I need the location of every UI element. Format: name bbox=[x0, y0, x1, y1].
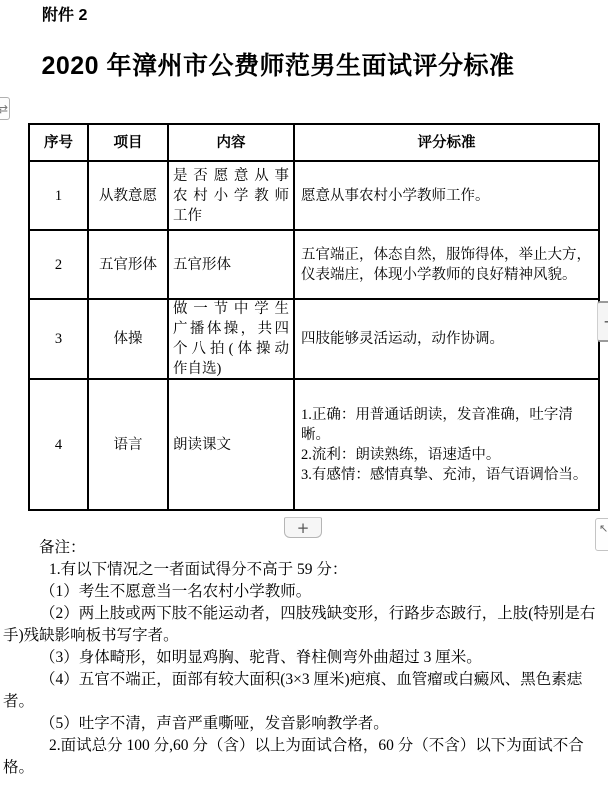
note-1-1: （1）考生不愿意当一名农村小学教师。 bbox=[3, 581, 602, 603]
move-arrows-icon: ⇄ bbox=[0, 102, 8, 116]
page-title: 2020 年漳州市公费师范男生面试评分标准 bbox=[0, 50, 556, 82]
cell-no-3: 3 bbox=[30, 300, 89, 380]
cell-no-4: 4 bbox=[30, 380, 89, 509]
plus-icon: + bbox=[603, 312, 608, 331]
note-1-5: （5）吐字不清，声音严重嘶哑，发音影响教学者。 bbox=[3, 713, 602, 735]
note-1: 1.有以下情况之一者面试得分不高于 59 分： bbox=[3, 559, 602, 581]
note-2: 2.面试总分 100 分,60 分（含）以上为面试合格，60 分（不含）以下为面… bbox=[3, 735, 602, 779]
cell-content-3: 做一节中学生广播体操，共四个八拍(体操动作自选) bbox=[169, 300, 295, 380]
text-line: 1.正确：用普通话朗读，发音准确，吐字清晰。 bbox=[301, 405, 592, 445]
text-line: 2.流利：朗读熟练，语速适中。 bbox=[301, 445, 592, 465]
col-header-content: 内容 bbox=[169, 125, 295, 162]
plus-icon: + bbox=[297, 519, 310, 537]
cell-no-1: 1 bbox=[30, 162, 89, 231]
text-line: 广播体操，共四 bbox=[173, 319, 289, 339]
add-column-button[interactable]: + bbox=[597, 301, 608, 342]
cell-item-2: 五官形体 bbox=[89, 231, 169, 300]
cell-standard-2: 五官端正，体态自然，服饰得体，举止大方，仪表端庄，体现小学教师的良好精神风貌。 bbox=[295, 231, 598, 300]
table-move-handle[interactable]: ⇄ bbox=[0, 97, 10, 120]
resize-arrow-icon: ↖ bbox=[599, 522, 608, 535]
note-1-2: （2）两上肢或两下肢不能运动者，四肢残缺变形，行路步态跛行，上肢(特别是右手)残… bbox=[3, 603, 602, 647]
cell-content-4: 朗读课文 bbox=[169, 380, 295, 509]
cell-no-2: 2 bbox=[30, 231, 89, 300]
text-line: 3.有感情：感情真挚、充沛，语气语调恰当。 bbox=[301, 465, 592, 485]
text-line: 工作 bbox=[173, 206, 289, 226]
cell-item-4: 语言 bbox=[89, 380, 169, 509]
note-1-4: （4）五官不端正，面部有较大面积(3×3 厘米)疤痕、血管瘤或白癜风、黑色素痣者… bbox=[3, 669, 602, 713]
cell-standard-3: 四肢能够灵活运动，动作协调。 bbox=[295, 300, 598, 380]
col-header-item: 项目 bbox=[89, 125, 169, 162]
col-header-no: 序号 bbox=[30, 125, 89, 162]
attachment-label: 附件 2 bbox=[42, 5, 87, 27]
cell-content-1: 是否愿意从事农村小学教师工作 bbox=[169, 162, 295, 231]
cell-standard-4: 1.正确：用普通话朗读，发音准确，吐字清晰。2.流利：朗读熟练，语速适中。3.有… bbox=[295, 380, 598, 509]
text-line: 个八拍(体操动 bbox=[173, 339, 289, 359]
cell-standard-1: 愿意从事农村小学教师工作。 bbox=[295, 162, 598, 231]
text-line: 是否愿意从事 bbox=[173, 166, 289, 186]
text-line: 农村小学教师 bbox=[173, 186, 289, 206]
cell-item-1: 从教意愿 bbox=[89, 162, 169, 231]
text-line: 作自选) bbox=[173, 359, 289, 379]
cell-item-3: 体操 bbox=[89, 300, 169, 380]
text-line: 做一节中学生 bbox=[173, 300, 289, 319]
add-row-button[interactable]: + bbox=[284, 517, 322, 538]
cell-content-2: 五官形体 bbox=[169, 231, 295, 300]
notes-block: 备注： 1.有以下情况之一者面试得分不高于 59 分： （1）考生不愿意当一名农… bbox=[3, 537, 602, 779]
note-1-3: （3）身体畸形，如明显鸡胸、驼背、脊柱侧弯外曲超过 3 厘米。 bbox=[3, 647, 602, 669]
col-header-standard: 评分标准 bbox=[295, 125, 598, 162]
scoring-table: 序号 项目 内容 评分标准 1 从教意愿 是否愿意从事农村小学教师工作 愿意从事… bbox=[28, 123, 600, 511]
table-resize-handle[interactable]: ↖ bbox=[595, 518, 608, 551]
notes-title: 备注： bbox=[3, 537, 602, 559]
